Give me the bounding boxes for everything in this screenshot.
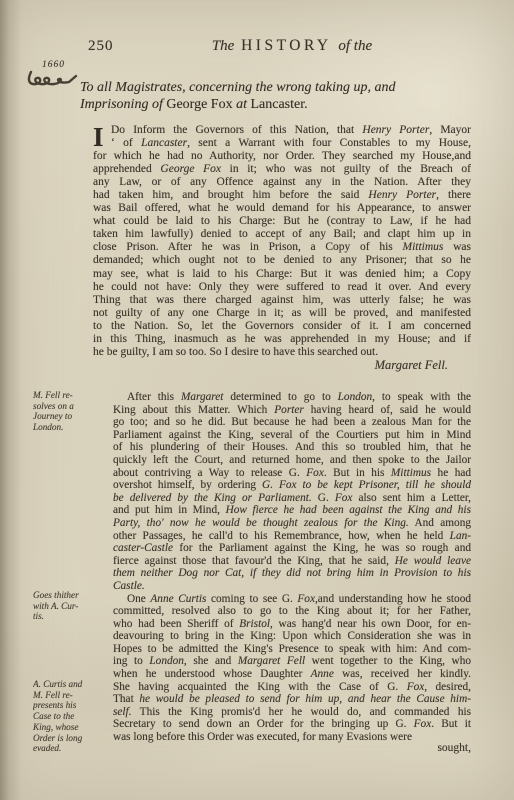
text-line: To all Magistrates, concerning the wrong…	[80, 80, 480, 97]
text-line: That he would be pleased to send for him…	[113, 693, 471, 706]
running-title-main: HISTORY	[241, 37, 332, 54]
text-line: ‘for which he had no Authority, nor Orde…	[93, 150, 471, 163]
text-line: One Anne Curtis coming to see G. Fox,and…	[113, 593, 471, 606]
book-page: 250 The HISTORY of the 1660 To all Magis…	[0, 0, 514, 800]
text-line: with A. Cur-	[33, 601, 117, 612]
text-line: ‘he be guilty, I am so too. So I desire …	[93, 346, 471, 359]
text-line: self. This the King promis'd her he woul…	[113, 706, 471, 719]
text-line: Parliament against the King, several of …	[113, 429, 471, 442]
body-text: After this Margaret determined to go to …	[113, 391, 471, 744]
paragraph-fell-journey: After this Margaret determined to go to …	[113, 391, 471, 593]
text-line: ‘not guilty of any one Charge in it; as …	[93, 307, 471, 320]
text-line: deavouring to bring in the King: Upon wh…	[113, 630, 471, 643]
text-line: caster-Castle for the Parliament against…	[113, 542, 471, 555]
text-line: of his plundering of their Houses. And t…	[113, 441, 471, 454]
text-line: ‘was Bail offered, what he would demand …	[93, 202, 471, 215]
text-line: quickly left the Court, and returned hom…	[113, 454, 471, 467]
running-title: The HISTORY of the	[142, 37, 442, 55]
paragraph-anne-curtis: One Anne Curtis coming to see G. Fox,and…	[113, 593, 471, 744]
text-line: presents his	[33, 700, 117, 711]
text-line: evaded.	[33, 743, 117, 754]
text-line: ‘any Law, or of any Offence against any …	[93, 176, 471, 189]
text-line: Secretary to send down an Order for the …	[113, 718, 471, 731]
letter-signature: Margaret Fell.	[93, 358, 448, 373]
letter-block: I ‘Do Inform the Governors of this Natio…	[93, 124, 471, 359]
flourish-icon	[26, 68, 80, 95]
text-line: ‘ of Lancaster, sent a Warrant with four…	[93, 137, 471, 150]
text-line: tis.	[33, 611, 117, 622]
text-line: A. Curtis and	[33, 679, 117, 690]
text-line: be delivered by the King or Parliament. …	[113, 492, 471, 505]
text-line: ‘demanded; which ought not to be denied …	[93, 254, 471, 267]
text-line: ‘may see, what is laid to his Charge: Bu…	[93, 268, 471, 281]
text-line: M. Fell re-	[33, 390, 117, 401]
text-line: other Passages, he call'd to his Remembr…	[113, 530, 471, 543]
text-line: ‘he could not have: Only they were suffe…	[93, 281, 471, 294]
text-line: London.	[33, 422, 117, 433]
text-line: ‘had taken him, and brought him before t…	[93, 189, 471, 202]
text-line: and put him in Mind, How fierce he had b…	[113, 504, 471, 517]
text-line: who had been Sheriff of Bristol, was han…	[113, 618, 471, 631]
text-line: committed, resolved also to go to the Ki…	[113, 605, 471, 618]
text-line: After this Margaret determined to go to …	[113, 391, 471, 404]
text-line: ‘to the Nation. So, let the Governors co…	[93, 320, 471, 333]
text-line: Case to the	[33, 711, 117, 722]
text-line: ‘what could be laid to his Charge: But h…	[93, 215, 471, 228]
text-line: King, whose	[33, 722, 117, 733]
text-line: King about this Matter. Which Porter hav…	[113, 404, 471, 417]
text-line: ‘Thing that was there charged against hi…	[93, 294, 471, 307]
text-line: fierce against those that favour'd the K…	[113, 555, 471, 568]
text-line: Hopes to be admitted the King's Presence…	[113, 643, 471, 656]
text-line: ‘close Prison. After he was in Prison, a…	[93, 241, 471, 254]
section-heading: To all Magistrates, concerning the wrong…	[80, 80, 480, 113]
text-line: Castle.	[113, 580, 471, 593]
text-line: them neither Dog nor Cat, if they did no…	[113, 567, 471, 580]
text-line: ‘Do Inform the Governors of this Nation,…	[93, 124, 471, 137]
text-line: ‘apprehended George Fox in it; who was n…	[93, 163, 471, 176]
catchword: sought,	[113, 742, 471, 754]
text-line: about contriving a Way to release G. Fox…	[113, 467, 471, 480]
page-number: 250	[88, 38, 114, 55]
running-title-post: of the	[338, 38, 372, 54]
margin-note-goes-thither: Goes thitherwith A. Cur-tis.	[33, 590, 117, 622]
margin-note-fell-journey: M. Fell re-solves on aJourney toLondon.	[33, 390, 117, 433]
text-line: M. Fell re-	[33, 690, 117, 701]
margin-note-curtis-fell: A. Curtis andM. Fell re-presents hisCase…	[33, 679, 117, 754]
text-line: go too; and so he did. But because he ha…	[113, 416, 471, 429]
text-line: She having acquainted the King with the …	[113, 681, 471, 694]
text-line: overshot himself, by ordering G. Fox to …	[113, 479, 471, 492]
running-title-pre: The	[212, 38, 235, 54]
text-line: ing to London, she and Margaret Fell wen…	[113, 655, 471, 668]
text-line: ‘in this Thing, inasmuch as he was appre…	[93, 333, 471, 346]
text-line: Imprisoning of George Fox at Lancaster.	[80, 97, 480, 114]
text-line: when he understood whose Daughter Anne w…	[113, 668, 471, 681]
text-line: Party, tho' now he would be thought zeal…	[113, 517, 471, 530]
text-line: solves on a	[33, 401, 117, 412]
text-line: Order is long	[33, 733, 117, 744]
text-line: ‘taken him lawfully) denied to accept of…	[93, 228, 471, 241]
text-line: Goes thither	[33, 590, 117, 601]
text-line: Journey to	[33, 411, 117, 422]
